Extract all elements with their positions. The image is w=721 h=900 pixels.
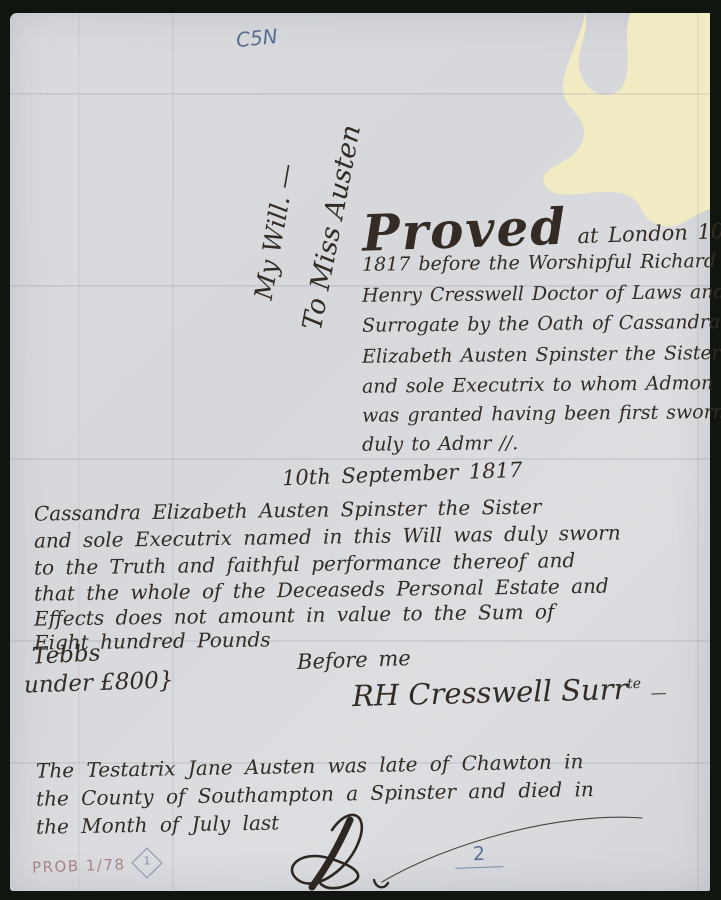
probate-line: and sole Executrix to whom Admon xyxy=(362,372,700,398)
probate-line: 1817 before the Worshipful Richard xyxy=(362,250,700,276)
margin-note-tebbs: Tebbs xyxy=(31,640,101,670)
diamond-number: 1 xyxy=(144,854,151,867)
probate-line: Surrogate by the Oath of Cassandra xyxy=(362,311,700,337)
probate-line: Henry Cresswell Doctor of Laws and — xyxy=(362,281,700,307)
signature-superscript: te xyxy=(627,676,641,692)
fold-line-horizontal xyxy=(10,458,710,460)
prob-reference-stamp: PROB 1/78 xyxy=(32,855,126,876)
pencil-page-number: 2 xyxy=(455,842,504,869)
before-me-line: Before me xyxy=(297,646,412,674)
margin-note-value: under £800} xyxy=(24,667,174,698)
pencil-annotation-c5n: C5N xyxy=(235,24,279,52)
probate-line: Elizabeth Austen Spinster the Sister — xyxy=(362,342,700,368)
signature-dash: — xyxy=(650,683,666,702)
probate-opening-rest: at London 10th Sepr xyxy=(577,216,721,248)
probate-line: duly to Admr //. xyxy=(362,430,700,456)
probate-line: was granted having been first sworn xyxy=(362,401,700,427)
signature-text: RH Cresswell Surr xyxy=(352,672,628,713)
